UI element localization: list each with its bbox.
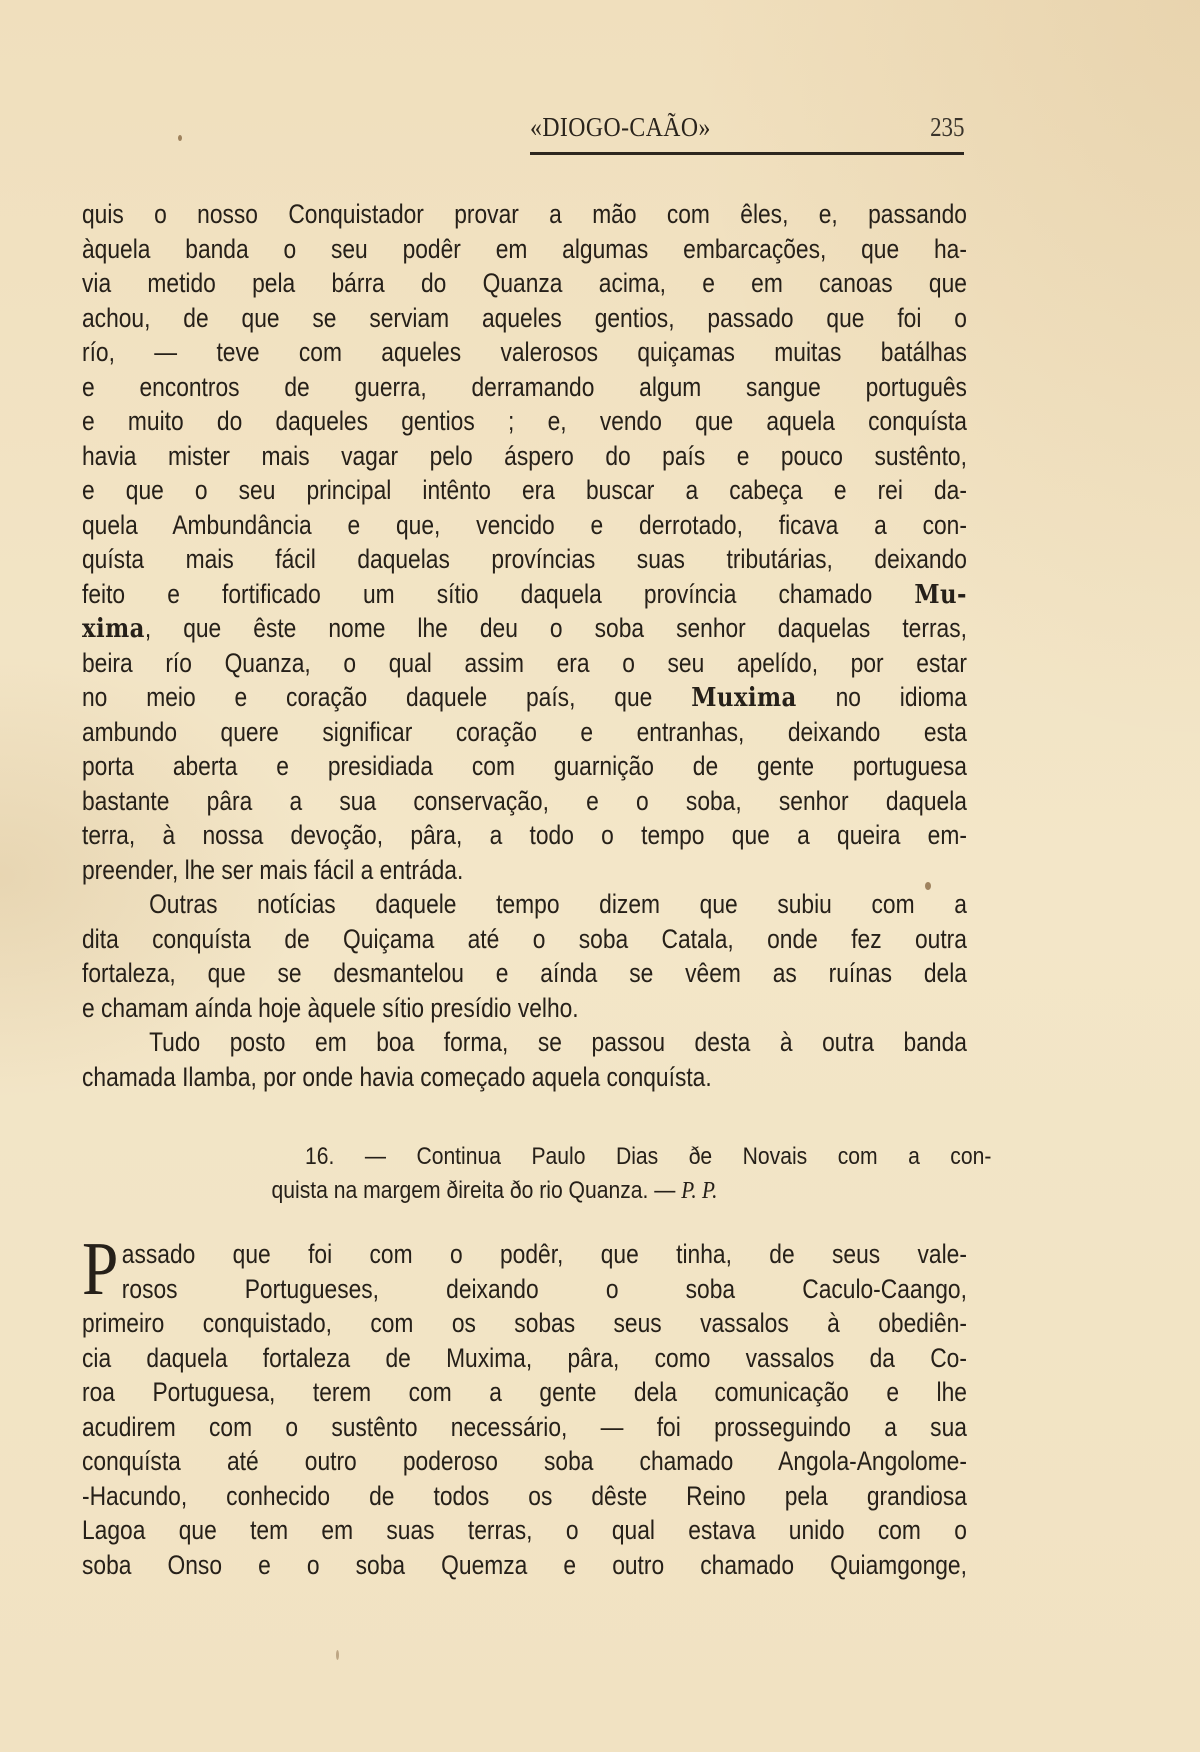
text-line: beira río Quanza, o qual assim era o seu… (82, 646, 967, 681)
place-name-muxima: Muxima (691, 682, 797, 713)
text-line: assado que foi com o podêr, que tinha, d… (82, 1237, 967, 1272)
text-line: primeiro conquistado, com os sobas seus … (82, 1306, 967, 1341)
text-line: Outras notícias daquele tempo dizem que … (82, 887, 967, 922)
text-line: cia daquela fortaleza de Muxima, pâra, c… (82, 1341, 967, 1376)
text-run: feito e fortificado um sítio daquela pro… (82, 579, 914, 609)
paper-speck (925, 882, 931, 890)
text-line: río, — teve com aqueles valerosos quiçam… (82, 335, 967, 370)
text-line: quísta mais fácil daquelas províncias su… (82, 542, 967, 577)
text-line: xima, que êste nome lhe deu o soba senho… (82, 611, 967, 646)
text-line: e que o seu principal intênto era buscar… (82, 473, 967, 508)
text-line: preender, lhe ser mais fácil a entráda. (82, 853, 967, 888)
text-run: no idioma (797, 682, 967, 712)
text-line: achou, de que se serviam aqueles gentios… (82, 301, 967, 336)
page-number: 235 (930, 112, 964, 143)
running-head-title: «DIOGO-CAÃO» (530, 112, 711, 143)
text-line: roa Portuguesa, terem com a gente dela c… (82, 1375, 967, 1410)
section-heading: 16. — Continua Paulo Dias ðe Novais com … (305, 1140, 991, 1208)
paper-speck (336, 1650, 339, 1660)
text-line: feito e fortificado um sítio daquela pro… (82, 577, 967, 612)
book-page: «DIOGO-CAÃO» 235 quis o nosso Conquistad… (0, 0, 1200, 1752)
place-name-muxima: xima (82, 613, 145, 644)
text-line: quis o nosso Conquistador provar a mão c… (82, 197, 967, 232)
text-line: acudirem com o sustênto necessário, — fo… (82, 1410, 967, 1445)
author-initials: P. P. (681, 1178, 717, 1204)
text-line: e muito do daqueles gentios ; e, vendo q… (82, 404, 967, 439)
text-line: via metido pela bárra do Quanza acima, e… (82, 266, 967, 301)
text-line: terra, à nossa devoção, pâra, a todo o t… (82, 818, 967, 853)
text-line: bastante pâra a sua conservação, e o sob… (82, 784, 967, 819)
text-line: conquísta até outro poderoso soba chamad… (82, 1444, 967, 1479)
text-line: fortaleza, que se desmantelou e aínda se… (82, 956, 967, 991)
text-line: soba Onso e o soba Quemza e outro chamad… (82, 1548, 967, 1583)
heading-line: 16. — Continua Paulo Dias ðe Novais com … (305, 1140, 991, 1174)
text-line: no meio e coração daquele país, que Muxi… (82, 680, 967, 715)
text-line: -Hacundo, conhecido de todos os dêste Re… (82, 1479, 967, 1514)
text-line: Tudo posto em boa forma, se passou desta… (82, 1025, 967, 1060)
running-head: «DIOGO-CAÃO» 235 (530, 112, 964, 152)
paper-speck (178, 135, 182, 141)
text-line: chamada Ilamba, por onde havia começado … (82, 1060, 967, 1095)
text-line: ambundo quere significar coração e entra… (82, 715, 967, 750)
paragraph-1: quis o nosso Conquistador provar a mão c… (82, 197, 967, 1094)
text-line: havia mister mais vagar pelo áspero do p… (82, 439, 967, 474)
text-line: e encontros de guerra, derramando algum … (82, 370, 967, 405)
text-line: dita conquísta de Quiçama até o soba Cat… (82, 922, 967, 957)
paragraph-4: P assado que foi com o podêr, que tinha,… (82, 1237, 967, 1582)
text-line: quela Ambundância e que, vencido e derro… (82, 508, 967, 543)
text-line: e chamam aínda hoje àquele sítio presídi… (82, 991, 967, 1026)
text-line: àquela banda o seu podêr em algumas emba… (82, 232, 967, 267)
text-line: rosos Portugueses, deixando o soba Cacul… (82, 1272, 967, 1307)
place-name-muxima: Mu- (914, 579, 967, 610)
text-run: quista na margem ðireita ðo rio Quanza. … (272, 1177, 682, 1204)
drop-cap: P (82, 1239, 118, 1305)
text-line: Lagoa que tem em suas terras, o qual est… (82, 1513, 967, 1548)
header-rule (530, 152, 964, 155)
heading-line: quista na margem ðireita ðo rio Quanza. … (272, 1174, 992, 1208)
text-run: no meio e coração daquele país, que (82, 682, 691, 712)
text-line: porta aberta e presidiada com guarnição … (82, 749, 967, 784)
text-run: , que êste nome lhe deu o soba senhor da… (145, 613, 967, 643)
